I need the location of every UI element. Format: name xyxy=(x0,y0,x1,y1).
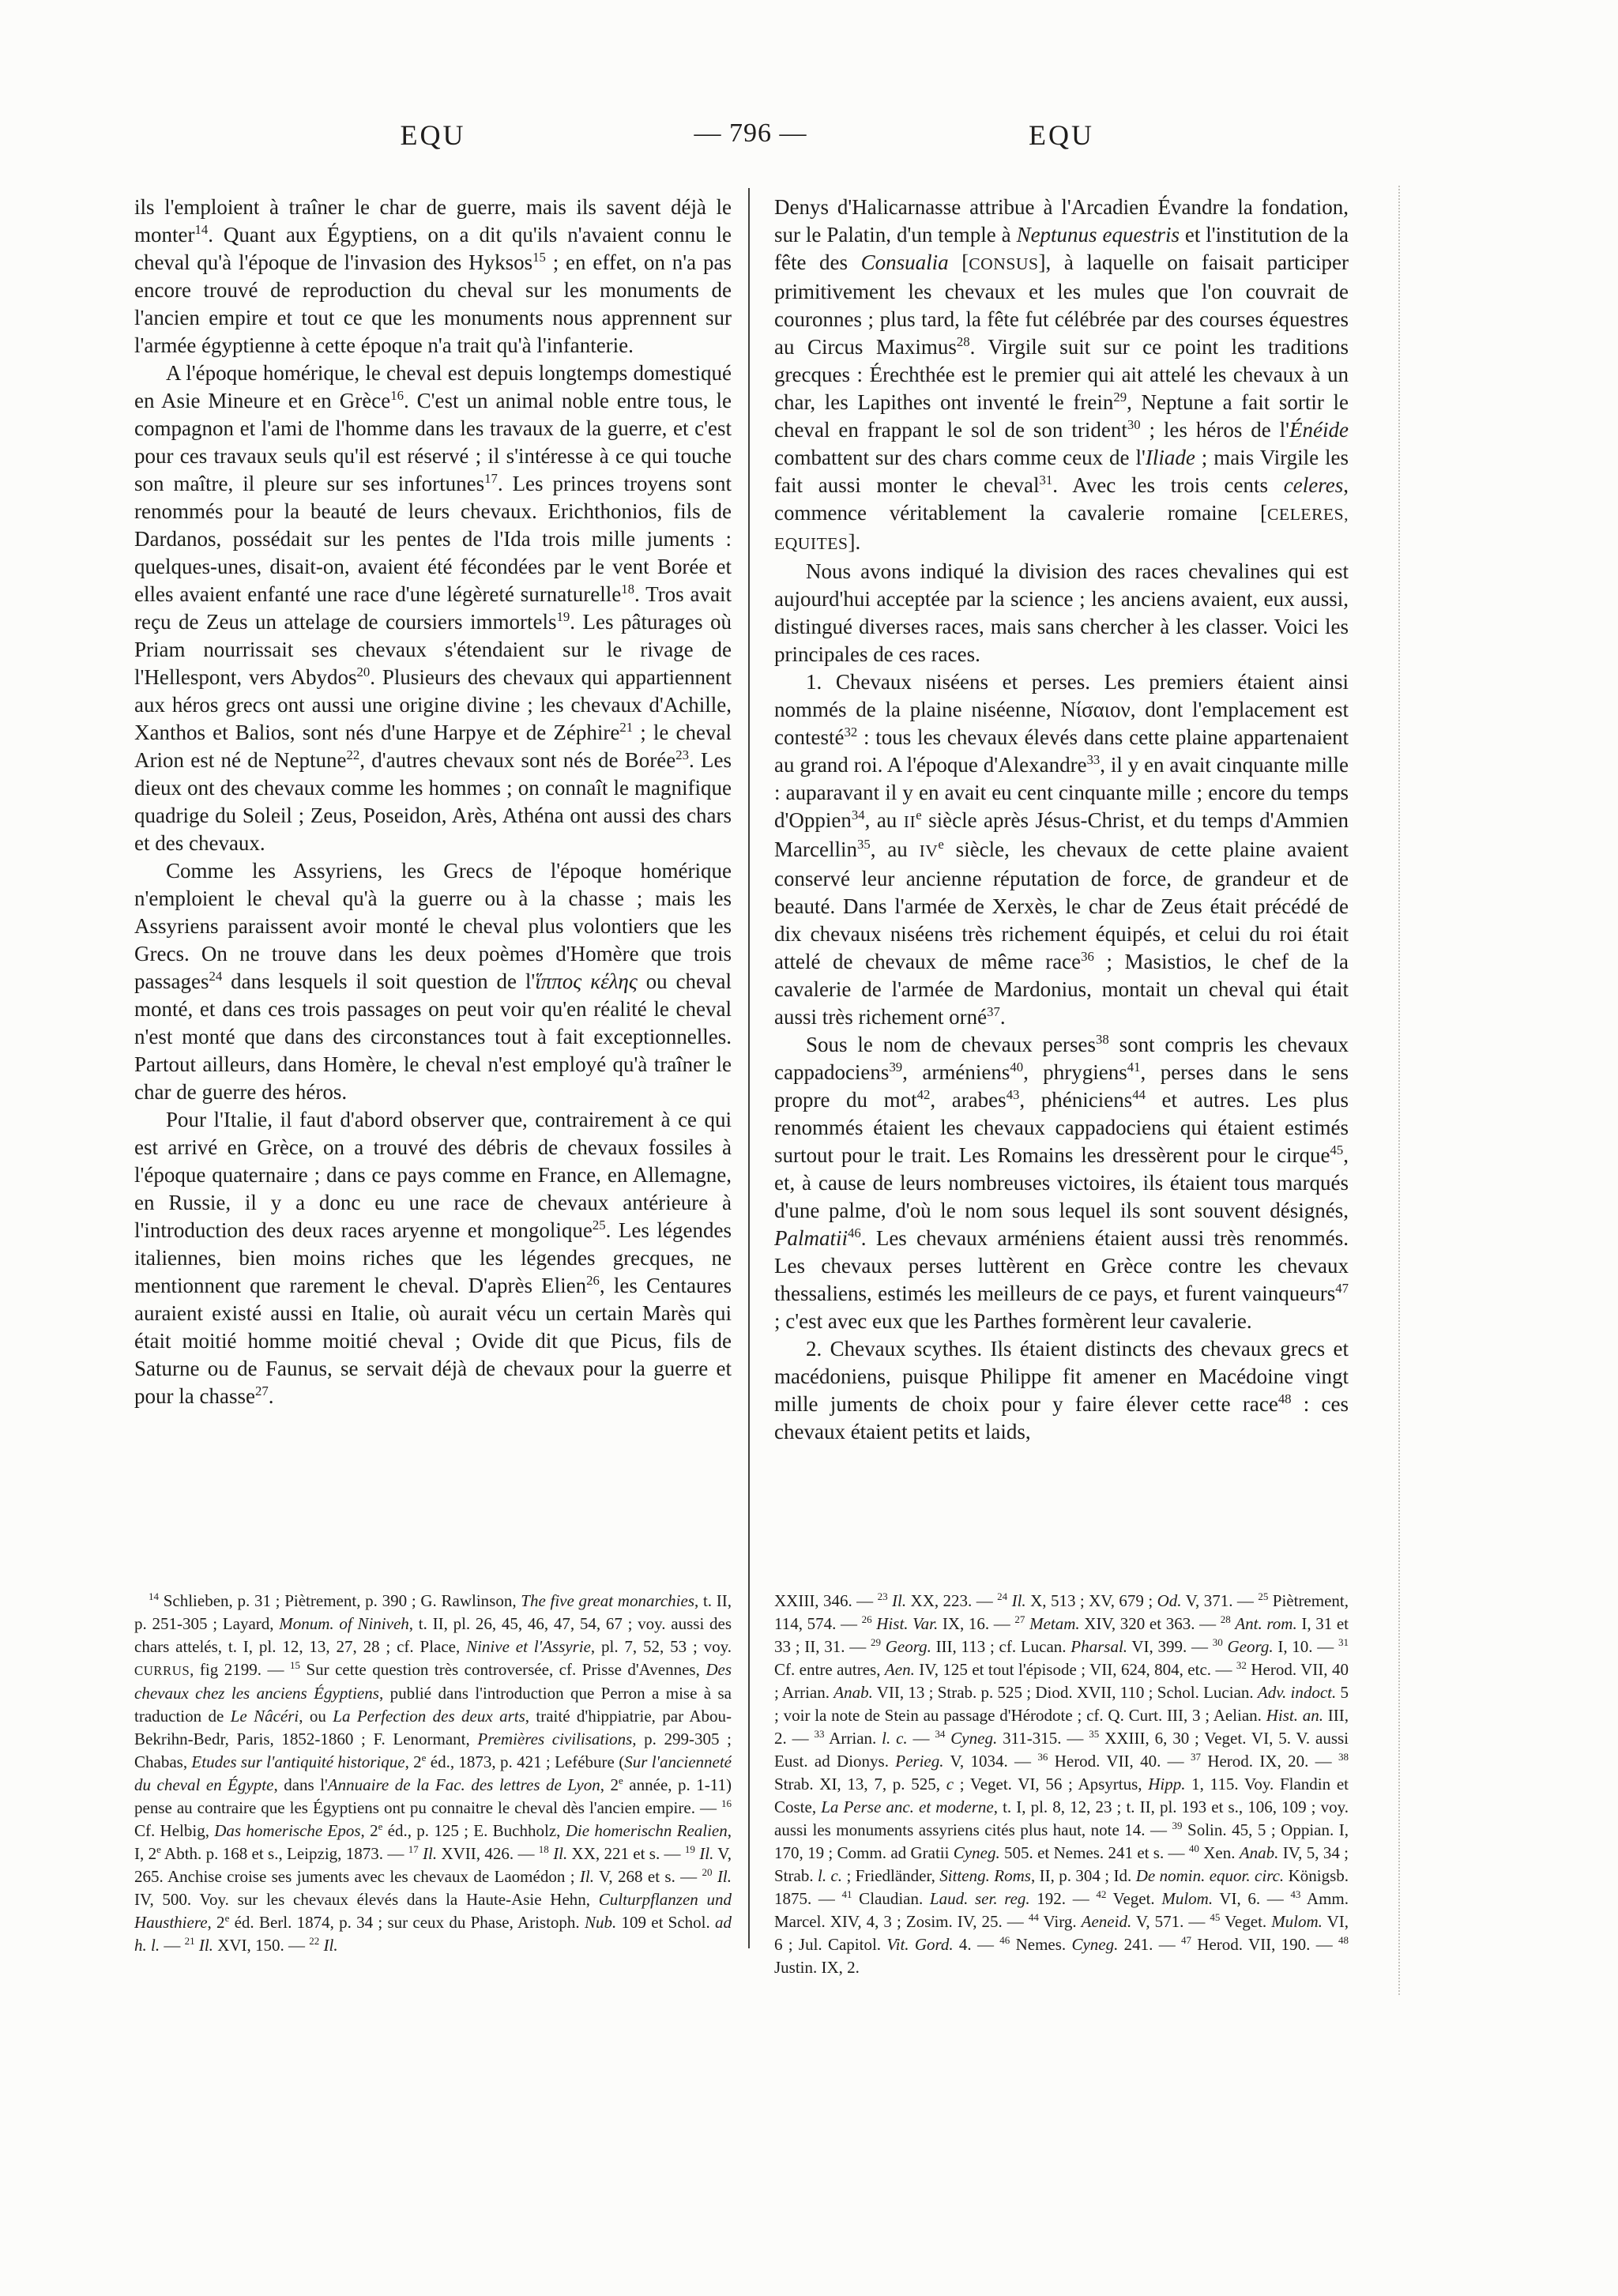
paragraph: Pour l'Italie, il faut d'abord observer … xyxy=(134,1106,732,1410)
paragraph: Comme les Assyriens, les Grecs de l'époq… xyxy=(134,857,732,1106)
left-column-footnotes: 14 Schlieben, p. 31 ; Piètrement, p. 390… xyxy=(134,1590,732,1957)
paragraph: A l'époque homérique, le cheval est depu… xyxy=(134,359,732,857)
paragraph: ils l'emploient à traîner le char de gue… xyxy=(134,194,732,359)
column-divider-rule xyxy=(748,188,750,1948)
scanned-dictionary-page: EQU — 796 — EQU ils l'emploient à traîne… xyxy=(0,0,1618,2296)
running-head-right: EQU xyxy=(774,119,1349,156)
paragraph: 1. Chevaux niséens et perses. Les premie… xyxy=(774,668,1349,1031)
paragraph: Sous le nom de chevaux perses38 sont com… xyxy=(774,1031,1349,1335)
left-column-text: ils l'emploient à traîner le char de gue… xyxy=(134,194,732,1586)
right-column-text: Denys d'Halicarnasse attribue à l'Arcadi… xyxy=(774,194,1349,1586)
paragraph: Denys d'Halicarnasse attribue à l'Arcadi… xyxy=(774,194,1349,558)
page-edge-fold-line xyxy=(1398,186,1400,1995)
right-column-footnotes: XXIII, 346. — 23 Il. XX, 223. — 24 Il. X… xyxy=(774,1590,1349,1979)
paragraph: 2. Chevaux scythes. Ils étaient distinct… xyxy=(774,1335,1349,1446)
paragraph: Nous avons indiqué la division des races… xyxy=(774,558,1349,668)
